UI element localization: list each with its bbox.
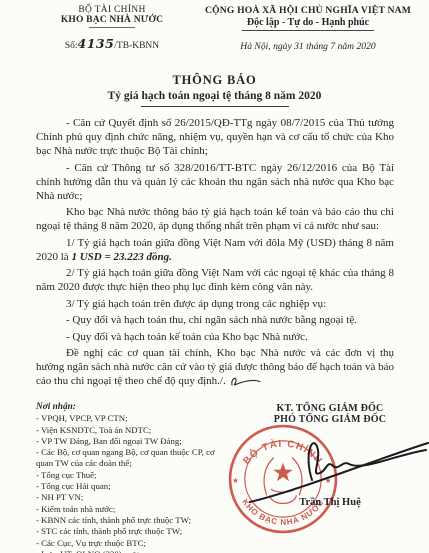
paragraph-item-3: 3/ Tỷ giá hạch toán trên được áp dụng tr… xyxy=(36,297,394,311)
recipient-item: - Các Cục, Vụ trực thuộc BTC; xyxy=(36,538,228,549)
paragraph-item-1: 1/ Tỷ giá hạch toán giữa đồng Việt Nam v… xyxy=(36,236,394,264)
document-number: Số:4135/TB-KBNN xyxy=(33,36,191,51)
bullet-conversion-budget: - Quy đổi và hạch toán thu, chi ngân sác… xyxy=(36,313,394,327)
recipient-item: - VP TW Đảng, Ban đối ngoại TW Đảng; xyxy=(36,436,228,447)
title-underline xyxy=(141,106,289,107)
paragraph-item-2: 2/ Tỷ giá hạch toán giữa đồng Việt Nam v… xyxy=(36,266,394,294)
title-block: THÔNG BÁO Tỷ giá hạch toán ngoại tệ thán… xyxy=(0,73,429,107)
document-body: - Căn cứ Quyết định số 26/2015/QĐ-TTg ng… xyxy=(36,116,394,391)
document-page: BỘ TÀI CHÍNH KHO BẠC NHÀ NƯỚC Số:4135/TB… xyxy=(0,0,429,553)
bullet-conversion-accounting: - Quy đổi và hạch toán kế toán của Kho b… xyxy=(36,330,394,344)
number-handwritten: 4135 xyxy=(78,36,115,51)
paragraph-announcement: Kho bạc Nhà nước thông báo tỷ giá hạch t… xyxy=(36,205,394,233)
paragraph-closing: Đề nghị các cơ quan tài chính, Kho bạc N… xyxy=(36,346,394,388)
ministry-name: BỘ TÀI CHÍNH xyxy=(33,5,191,15)
usd-rate-value: 1 USD = 23.223 đồng. xyxy=(71,251,171,263)
agency-name: KHO BẠC NHÀ NƯỚC xyxy=(33,15,191,25)
document-subtitle: Tỷ giá hạch toán ngoại tệ tháng 8 năm 20… xyxy=(0,90,429,102)
recipients-block: Nơi nhận: - VPQH, VPCP, VP CTN; - Viện K… xyxy=(36,402,228,553)
paragraph-basis-2: - Căn cứ Thông tư số 328/2016/TT-BTC ngà… xyxy=(36,161,394,203)
recipient-item: - STC các tỉnh, thành phố trực thuộc TW; xyxy=(36,526,228,537)
recipient-item-last: - Lưu: VT; QLNQ (220) xyxy=(36,549,228,553)
signer-authority: KT. TỔNG GIÁM ĐỐC xyxy=(232,403,428,414)
recipient-item: - Tổng cục Hải quan; xyxy=(36,481,228,492)
handwritten-paraph-mark xyxy=(228,374,262,387)
header-national-block: CỘNG HOÀ XÃ HỘI CHỦ NGHĨA VIỆT NAM Độc l… xyxy=(193,5,423,52)
recipient-item: - Tổng cục Thuế; xyxy=(36,470,228,481)
national-motto-line1: CỘNG HOÀ XÃ HỘI CHỦ NGHĨA VIỆT NAM xyxy=(193,5,423,16)
number-label: Số: xyxy=(65,41,78,51)
document-title: THÔNG BÁO xyxy=(0,73,429,88)
closing-text: Đề nghị các cơ quan tài chính, Kho bạc N… xyxy=(36,347,394,387)
recipient-item: - Các Bộ, cơ quan ngang Bộ, cơ quan thuộ… xyxy=(36,447,228,470)
place-dateline: Hà Nội, ngày 31 tháng 7 năm 2020 xyxy=(193,41,423,52)
recipient-item: - NH PT VN; xyxy=(36,492,228,503)
signature-ink xyxy=(240,420,429,510)
recipient-item: - KBNN các tỉnh, thành phố trực thuộc TW… xyxy=(36,515,228,526)
national-motto-line2: Độc lập - Tự do - Hạnh phúc xyxy=(193,17,423,28)
recipient-item: - VPQH, VPCP, VP CTN; xyxy=(36,413,228,424)
recipient-item: - Kiểm toán nhà nước; xyxy=(36,504,228,515)
motto-underline xyxy=(242,30,374,31)
recipient-item: - Viện KSNDTC, Toà án NDTC; xyxy=(36,425,228,436)
recipients-label: Nơi nhận: xyxy=(36,402,228,413)
header-issuer-block: BỘ TÀI CHÍNH KHO BẠC NHÀ NƯỚC Số:4135/TB… xyxy=(33,5,191,51)
paragraph-basis-1: - Căn cứ Quyết định số 26/2015/QĐ-TTg ng… xyxy=(36,116,394,158)
number-suffix: /TB-KBNN xyxy=(114,41,159,51)
agency-underline xyxy=(89,27,135,28)
